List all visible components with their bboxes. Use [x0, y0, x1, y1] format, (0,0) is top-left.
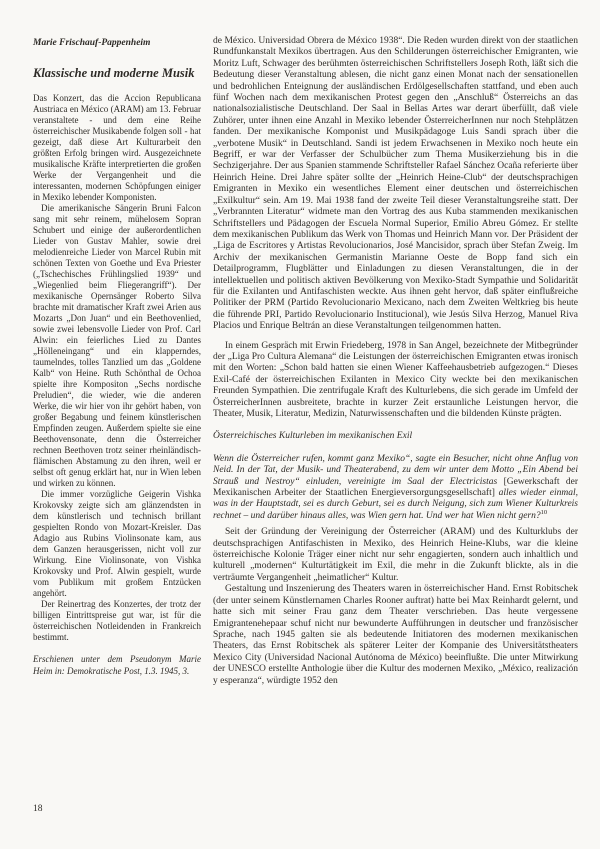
- left-column: Marie Frischauf-Pappenheim Klassische un…: [33, 38, 201, 677]
- page-number: 18: [33, 804, 43, 814]
- right-column: de México. Universidad Obrera de México …: [213, 36, 578, 687]
- section-heading: Österreichisches Kulturleben im mexikani…: [213, 431, 578, 442]
- footnote-marker: 10: [541, 509, 548, 516]
- article-paragraph-3: Die immer vorzügliche Geigerin Vishka Kr…: [33, 489, 201, 599]
- body-paragraph-4: Seit der Gründung der Vereinigung der Ös…: [213, 527, 578, 584]
- body-paragraph-5: Gestaltung und Inszenierung des Theaters…: [213, 584, 578, 687]
- body-paragraph-2: In einem Gespräch mit Erwin Friedeberg, …: [213, 341, 578, 421]
- article-paragraph-1: Das Konzert, das die Accion Republicana …: [33, 93, 201, 203]
- quote-paragraph: Wenn die Österreicher rufen, kommt ganz …: [213, 454, 578, 522]
- document-page: Marie Frischauf-Pappenheim Klassische un…: [0, 0, 600, 849]
- article-title: Klassische und moderne Musik: [33, 66, 201, 80]
- article-paragraph-2: Die amerikanische Sängerin Bruni Falcon …: [33, 203, 201, 489]
- source-note: Erschienen unter dem Pseudonym Marie Hei…: [33, 654, 201, 677]
- author-byline: Marie Frischauf-Pappenheim: [33, 38, 201, 49]
- body-paragraph-1: de México. Universidad Obrera de México …: [213, 36, 578, 333]
- article-paragraph-4: Der Reinertrag des Konzertes, der trotz …: [33, 599, 201, 643]
